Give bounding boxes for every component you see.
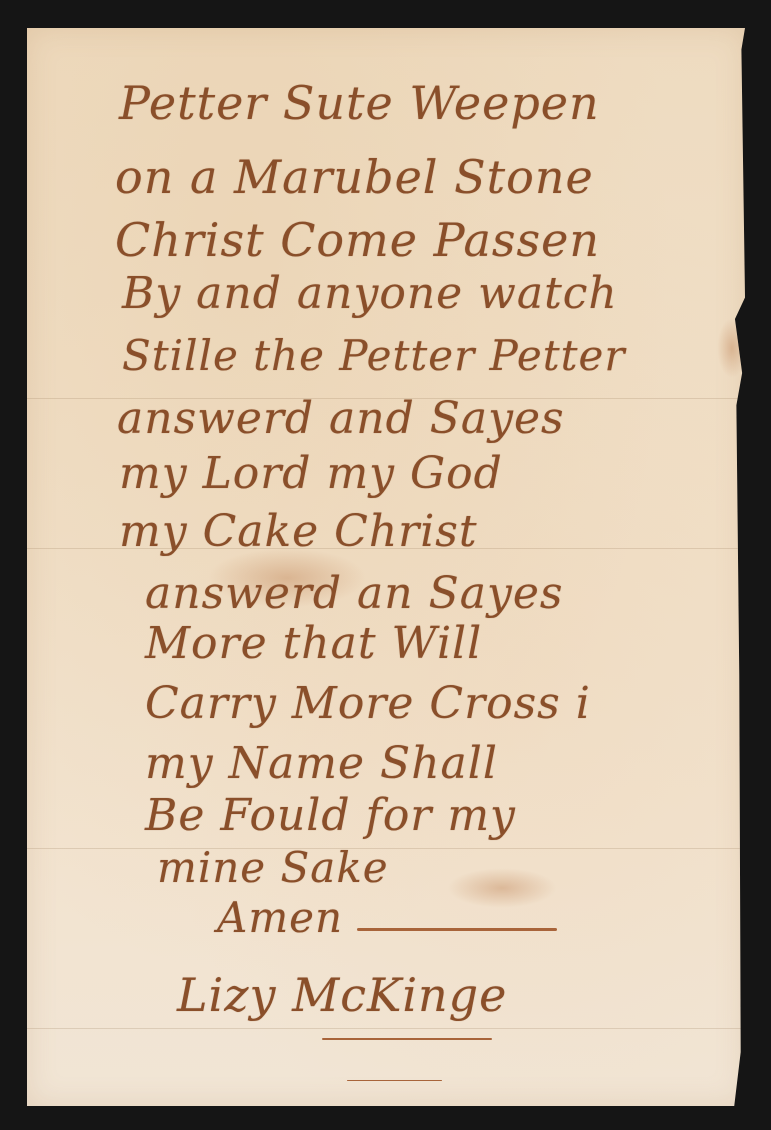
text-line: my Name Shall [145, 738, 498, 789]
text-line: my Lord my God [119, 448, 503, 499]
manuscript-page: Petter Sute Weepen on a Marubel Stone Ch… [27, 28, 745, 1106]
text-line: answerd and Sayes [117, 393, 565, 444]
ink-stain [447, 868, 557, 908]
text-line: answerd an Sayes [145, 568, 563, 619]
text-line: Stille the Petter Petter [122, 331, 625, 380]
signature: Lizy McKinge [177, 968, 507, 1022]
closing-text: Amen [217, 893, 343, 942]
text-line: on a Marubel Stone [115, 150, 594, 204]
text-line: By and anyone watch [122, 268, 618, 319]
fold-line [27, 1028, 745, 1029]
closing-flourish [357, 928, 557, 931]
signature-underline [347, 1080, 442, 1081]
text-line: Petter Sute Weepen [119, 76, 600, 130]
text-line: my Cake Christ [119, 506, 478, 557]
text-line: Christ Come Passen [115, 213, 600, 267]
ink-stain [717, 318, 747, 378]
text-line: More that Will [145, 618, 482, 669]
signature-underline [322, 1038, 492, 1040]
text-line: Carry More Cross i [145, 678, 591, 729]
text-line: mine Sake [157, 843, 389, 892]
text-line: Be Fould for my [145, 790, 516, 841]
